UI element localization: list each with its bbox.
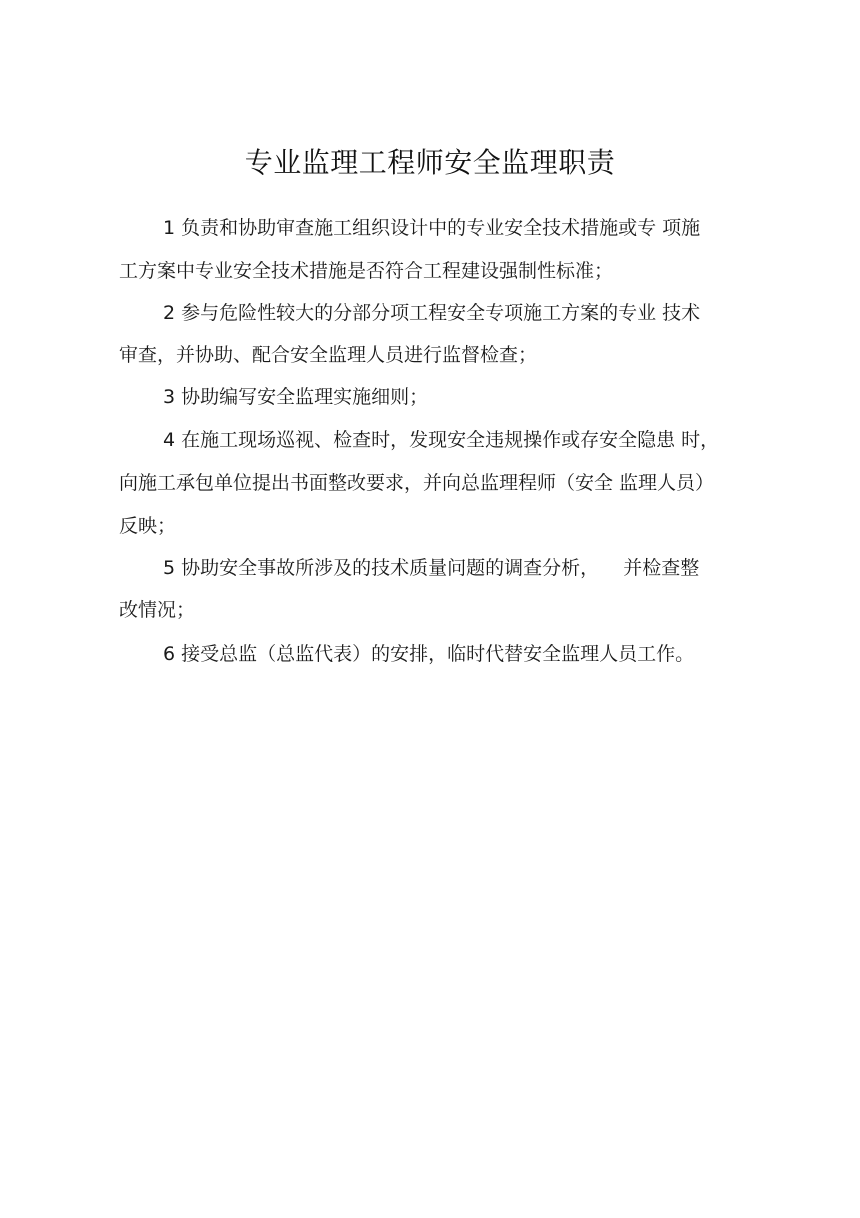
paragraph-1-line-2: 工方案中专业安全技术措施是否符合工程建设强制性标准； — [119, 257, 613, 285]
paragraph-4-line-3: 反映； — [119, 512, 176, 540]
paragraph-1-line-1: 1 负责和协助审查施工组织设计中的专业安全技术措施或专 项施 — [163, 214, 700, 242]
paragraph-5-line-2: 改情况； — [119, 596, 195, 624]
paragraph-6-line-1: 6 接受总监（总监代表）的安排，临时代替安全监理人员工作。 — [163, 640, 694, 668]
document-page: 专业监理工程师安全监理职责 1 负责和协助审查施工组织设计中的专业安全技术措施或… — [0, 0, 860, 1218]
paragraph-2-line-2: 审查，并协助、配合安全监理人员进行监督检查； — [119, 341, 537, 369]
document-title: 专业监理工程师安全监理职责 — [0, 143, 860, 183]
paragraph-3-line-1: 3 协助编写安全监理实施细则； — [163, 383, 428, 411]
paragraph-5-line-1: 5 协助安全事故所涉及的技术质量问题的调查分析， 并检查整 — [163, 554, 699, 582]
paragraph-4-line-1: 4 在施工现场巡视、检查时，发现安全违规操作或存安全隐患 时， — [163, 426, 719, 454]
paragraph-2-line-1: 2 参与危险性较大的分部分项工程安全专项施工方案的专业 技术 — [163, 299, 700, 327]
paragraph-4-line-2: 向施工承包单位提出书面整改要求，并向总监理程师（安全 监理人员） — [119, 469, 714, 497]
